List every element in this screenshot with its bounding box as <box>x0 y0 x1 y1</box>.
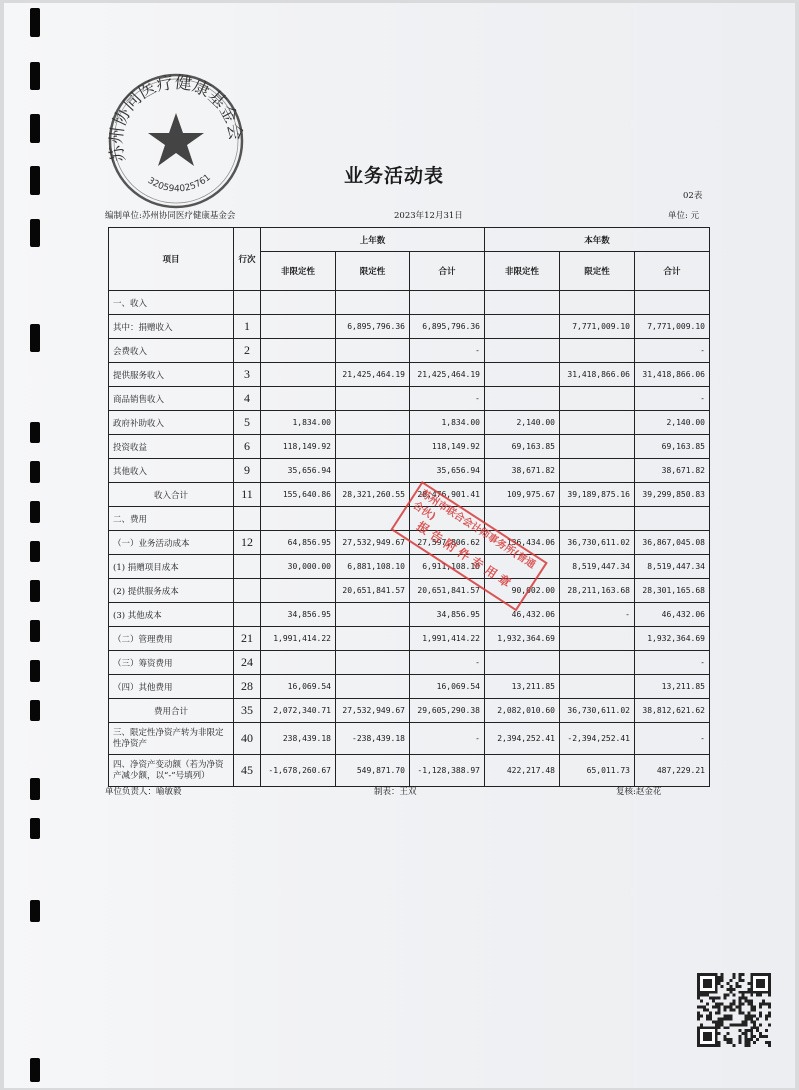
cell-py-u: 1,834.00 <box>261 411 336 435</box>
cell-py-r: 549,871.70 <box>336 755 410 787</box>
cell-cy-t: - <box>635 651 710 675</box>
cell-py-u: 155,640.86 <box>261 483 336 507</box>
row-line-number <box>234 507 261 531</box>
row-line-number: 40 <box>234 723 261 755</box>
table-row: 四、净资产变动额（若为净资产减少额，以“-”号填列）45-1,678,260.6… <box>109 755 710 787</box>
cell-py-r: 6,881,108.10 <box>336 555 410 579</box>
cell-cy-r <box>560 411 635 435</box>
cell-cy-r: 8,519,447.34 <box>560 555 635 579</box>
row-item-label: 收入合计 <box>109 483 234 507</box>
table-row: 其中：捐赠收入16,895,796.366,895,796.367,771,00… <box>109 315 710 339</box>
cell-cy-t <box>635 507 710 531</box>
cell-py-u: 34,856.95 <box>261 603 336 627</box>
cell-py-r <box>336 435 410 459</box>
cell-py-t: -1,128,388.97 <box>410 755 485 787</box>
cell-py-t: 16,069.54 <box>410 675 485 699</box>
row-item-label: （四）其他费用 <box>109 675 234 699</box>
cell-py-u <box>261 315 336 339</box>
row-item-label: （一）业务活动成本 <box>109 531 234 555</box>
cell-py-u <box>261 363 336 387</box>
cell-py-r: 6,895,796.36 <box>336 315 410 339</box>
row-line-number: 2 <box>234 339 261 363</box>
cell-py-u <box>261 507 336 531</box>
cell-cy-r: 39,189,875.16 <box>560 483 635 507</box>
row-item-label: (3) 其他成本 <box>109 603 234 627</box>
cell-cy-t: 7,771,009.10 <box>635 315 710 339</box>
table-row: 费用合计352,072,340.7127,532,949.6729,605,29… <box>109 699 710 723</box>
cell-py-u: 64,856.95 <box>261 531 336 555</box>
cell-cy-u <box>485 651 560 675</box>
cell-py-u <box>261 651 336 675</box>
cell-py-u: -1,678,260.67 <box>261 755 336 787</box>
cell-cy-r: 65,011.73 <box>560 755 635 787</box>
cell-py-u: 16,069.54 <box>261 675 336 699</box>
cell-py-r <box>336 291 410 315</box>
cell-cy-t: 38,671.82 <box>635 459 710 483</box>
document-page: 苏州协同医疗健康基金会 3205940257613 业务活动表 02表 编制单位… <box>4 3 795 1088</box>
header-item: 项目 <box>109 228 234 291</box>
cell-cy-u: 69,163.85 <box>485 435 560 459</box>
row-line-number: 35 <box>234 699 261 723</box>
cell-cy-t: 13,211.85 <box>635 675 710 699</box>
page-title: 业务活动表 <box>344 161 444 188</box>
row-item-label: 会费收入 <box>109 339 234 363</box>
table-row: (2) 提供服务成本20,651,841.5720,651,841.5790,0… <box>109 579 710 603</box>
table-row: 政府补助收入51,834.001,834.002,140.002,140.00 <box>109 411 710 435</box>
table-row: （三）筹资费用24-- <box>109 651 710 675</box>
header-current-year: 本年数 <box>485 228 710 252</box>
cell-cy-u <box>485 315 560 339</box>
cell-cy-t: 31,418,866.06 <box>635 363 710 387</box>
row-line-number: 28 <box>234 675 261 699</box>
cell-py-t: 21,425,464.19 <box>410 363 485 387</box>
row-line-number: 45 <box>234 755 261 787</box>
table-row: 一、收入 <box>109 291 710 315</box>
cell-py-t: 34,856.95 <box>410 603 485 627</box>
cell-py-t: - <box>410 723 485 755</box>
row-item-label: (2) 提供服务成本 <box>109 579 234 603</box>
cell-py-u: 2,072,340.71 <box>261 699 336 723</box>
cell-cy-t: 487,229.21 <box>635 755 710 787</box>
cell-cy-t: - <box>635 339 710 363</box>
row-item-label: 费用合计 <box>109 699 234 723</box>
cell-cy-u <box>485 363 560 387</box>
cell-cy-t: 38,812,621.62 <box>635 699 710 723</box>
cell-cy-t: - <box>635 723 710 755</box>
header-py-total: 合计 <box>410 252 485 291</box>
table-row: （二）管理费用211,991,414.221,991,414.221,932,3… <box>109 627 710 651</box>
cell-py-u <box>261 339 336 363</box>
row-item-label: 投资收益 <box>109 435 234 459</box>
row-line-number: 24 <box>234 651 261 675</box>
signature-reviewer: 复核:赵金花 <box>616 785 661 797</box>
cell-py-u <box>261 291 336 315</box>
row-line-number: 12 <box>234 531 261 555</box>
table-row: (1) 捐赠项目成本30,000.006,881,108.106,911,108… <box>109 555 710 579</box>
cell-py-r: 20,651,841.57 <box>336 579 410 603</box>
cell-cy-r <box>560 627 635 651</box>
form-number: 02表 <box>683 189 702 201</box>
cell-py-t: 35,656.94 <box>410 459 485 483</box>
cell-cy-r <box>560 507 635 531</box>
cell-cy-u: 2,082,010.60 <box>485 699 560 723</box>
cell-py-t: 6,895,796.36 <box>410 315 485 339</box>
cell-cy-r <box>560 291 635 315</box>
cell-py-t: - <box>410 339 485 363</box>
row-item-label: 一、收入 <box>109 291 234 315</box>
cell-py-t: - <box>410 387 485 411</box>
cell-py-r <box>336 411 410 435</box>
row-item-label: 四、净资产变动额（若为净资产减少额，以“-”号填列） <box>109 755 234 787</box>
row-line-number <box>234 555 261 579</box>
cell-cy-u: 422,217.48 <box>485 755 560 787</box>
cell-cy-r <box>560 675 635 699</box>
cell-cy-u: 109,975.67 <box>485 483 560 507</box>
row-line-number: 4 <box>234 387 261 411</box>
cell-cy-t: 8,519,447.34 <box>635 555 710 579</box>
compiler-unit: 编制单位:苏州协同医疗健康基金会 <box>105 209 235 221</box>
cell-py-r <box>336 675 410 699</box>
row-item-label: 其中：捐赠收入 <box>109 315 234 339</box>
table-row: 投资收益6118,149.92118,149.9269,163.8569,163… <box>109 435 710 459</box>
row-item-label: 三、限定性净资产转为非限定性净资产 <box>109 723 234 755</box>
cell-py-r <box>336 339 410 363</box>
cell-cy-t: 2,140.00 <box>635 411 710 435</box>
row-item-label: （二）管理费用 <box>109 627 234 651</box>
cell-py-t <box>410 291 485 315</box>
header-cy-restricted: 限定性 <box>560 252 635 291</box>
table-row: 会费收入2-- <box>109 339 710 363</box>
row-line-number <box>234 579 261 603</box>
cell-py-r: 28,321,260.55 <box>336 483 410 507</box>
row-item-label: 商品销售收入 <box>109 387 234 411</box>
row-line-number: 6 <box>234 435 261 459</box>
cell-py-r <box>336 459 410 483</box>
signature-preparer: 制表：王双 <box>374 785 417 797</box>
table-row: 三、限定性净资产转为非限定性净资产40238,439.18-238,439.18… <box>109 723 710 755</box>
cell-py-t: 1,991,414.22 <box>410 627 485 651</box>
cell-cy-r <box>560 459 635 483</box>
row-line-number <box>234 603 261 627</box>
cell-cy-t: 39,299,850.83 <box>635 483 710 507</box>
table-row: 商品销售收入4-- <box>109 387 710 411</box>
cell-py-t: 118,149.92 <box>410 435 485 459</box>
cell-py-u: 35,656.94 <box>261 459 336 483</box>
row-item-label: 政府补助收入 <box>109 411 234 435</box>
cell-cy-r <box>560 387 635 411</box>
cell-cy-u <box>485 387 560 411</box>
cell-py-u <box>261 387 336 411</box>
cell-py-t: 1,834.00 <box>410 411 485 435</box>
round-seal-stamp: 苏州协同医疗健康基金会 3205940257613 <box>106 71 246 211</box>
row-line-number: 21 <box>234 627 261 651</box>
row-item-label: 提供服务收入 <box>109 363 234 387</box>
row-line-number <box>234 291 261 315</box>
cell-cy-t: 1,932,364.69 <box>635 627 710 651</box>
cell-cy-t: - <box>635 387 710 411</box>
report-date: 2023年12月31日 <box>394 209 463 221</box>
cell-cy-r <box>560 435 635 459</box>
cell-py-r <box>336 651 410 675</box>
cell-py-u <box>261 579 336 603</box>
signature-head: 单位负责人：喻敏毅 <box>105 785 182 797</box>
cell-cy-r: -2,394,252.41 <box>560 723 635 755</box>
header-py-unrestricted: 非限定性 <box>261 252 336 291</box>
table-row: 其他收入935,656.9435,656.9438,671.8238,671.8… <box>109 459 710 483</box>
table-row: （四）其他费用2816,069.5416,069.5413,211.8513,2… <box>109 675 710 699</box>
cell-cy-u: 1,932,364.69 <box>485 627 560 651</box>
cell-cy-u <box>485 507 560 531</box>
cell-cy-u <box>485 339 560 363</box>
row-line-number: 9 <box>234 459 261 483</box>
header-prior-year: 上年数 <box>261 228 485 252</box>
qr-code <box>696 973 772 1047</box>
row-line-number: 11 <box>234 483 261 507</box>
header-cy-unrestricted: 非限定性 <box>485 252 560 291</box>
header-cy-total: 合计 <box>635 252 710 291</box>
cell-py-r: 21,425,464.19 <box>336 363 410 387</box>
header-py-restricted: 限定性 <box>336 252 410 291</box>
cell-cy-r <box>560 651 635 675</box>
cell-py-r <box>336 603 410 627</box>
cell-py-u: 1,991,414.22 <box>261 627 336 651</box>
cell-cy-u: 13,211.85 <box>485 675 560 699</box>
cell-cy-r: 31,418,866.06 <box>560 363 635 387</box>
row-line-number: 1 <box>234 315 261 339</box>
header-line: 行次 <box>234 228 261 291</box>
cell-cy-u: 38,671.82 <box>485 459 560 483</box>
cell-cy-u: 46,432.06 <box>485 603 560 627</box>
currency-unit: 单位: 元 <box>668 209 699 221</box>
cell-py-r: -238,439.18 <box>336 723 410 755</box>
cell-py-u: 238,439.18 <box>261 723 336 755</box>
cell-cy-t: 46,432.06 <box>635 603 710 627</box>
cell-cy-r: 7,771,009.10 <box>560 315 635 339</box>
row-item-label: (1) 捐赠项目成本 <box>109 555 234 579</box>
cell-py-u: 30,000.00 <box>261 555 336 579</box>
row-item-label: 二、费用 <box>109 507 234 531</box>
star-icon <box>148 113 204 166</box>
cell-py-t: 29,605,290.38 <box>410 699 485 723</box>
cell-cy-t: 36,867,045.08 <box>635 531 710 555</box>
cell-cy-u <box>485 291 560 315</box>
row-item-label: 其他收入 <box>109 459 234 483</box>
cell-py-r: 27,532,949.67 <box>336 699 410 723</box>
cell-cy-r: 36,730,611.02 <box>560 699 635 723</box>
table-row: 提供服务收入321,425,464.1921,425,464.1931,418,… <box>109 363 710 387</box>
row-item-label: （三）筹资费用 <box>109 651 234 675</box>
cell-cy-r: 36,730,611.02 <box>560 531 635 555</box>
cell-cy-t: 28,301,165.68 <box>635 579 710 603</box>
cell-cy-u: 2,140.00 <box>485 411 560 435</box>
cell-cy-r <box>560 339 635 363</box>
cell-py-u: 118,149.92 <box>261 435 336 459</box>
cell-py-r <box>336 387 410 411</box>
cell-py-t: - <box>410 651 485 675</box>
cell-cy-t <box>635 291 710 315</box>
cell-py-r <box>336 627 410 651</box>
cell-cy-r: 28,211,163.68 <box>560 579 635 603</box>
cell-cy-t: 69,163.85 <box>635 435 710 459</box>
table-row: (3) 其他成本34,856.9534,856.9546,432.06-46,4… <box>109 603 710 627</box>
row-line-number: 5 <box>234 411 261 435</box>
cell-cy-r: - <box>560 603 635 627</box>
row-line-number: 3 <box>234 363 261 387</box>
cell-cy-u: 2,394,252.41 <box>485 723 560 755</box>
